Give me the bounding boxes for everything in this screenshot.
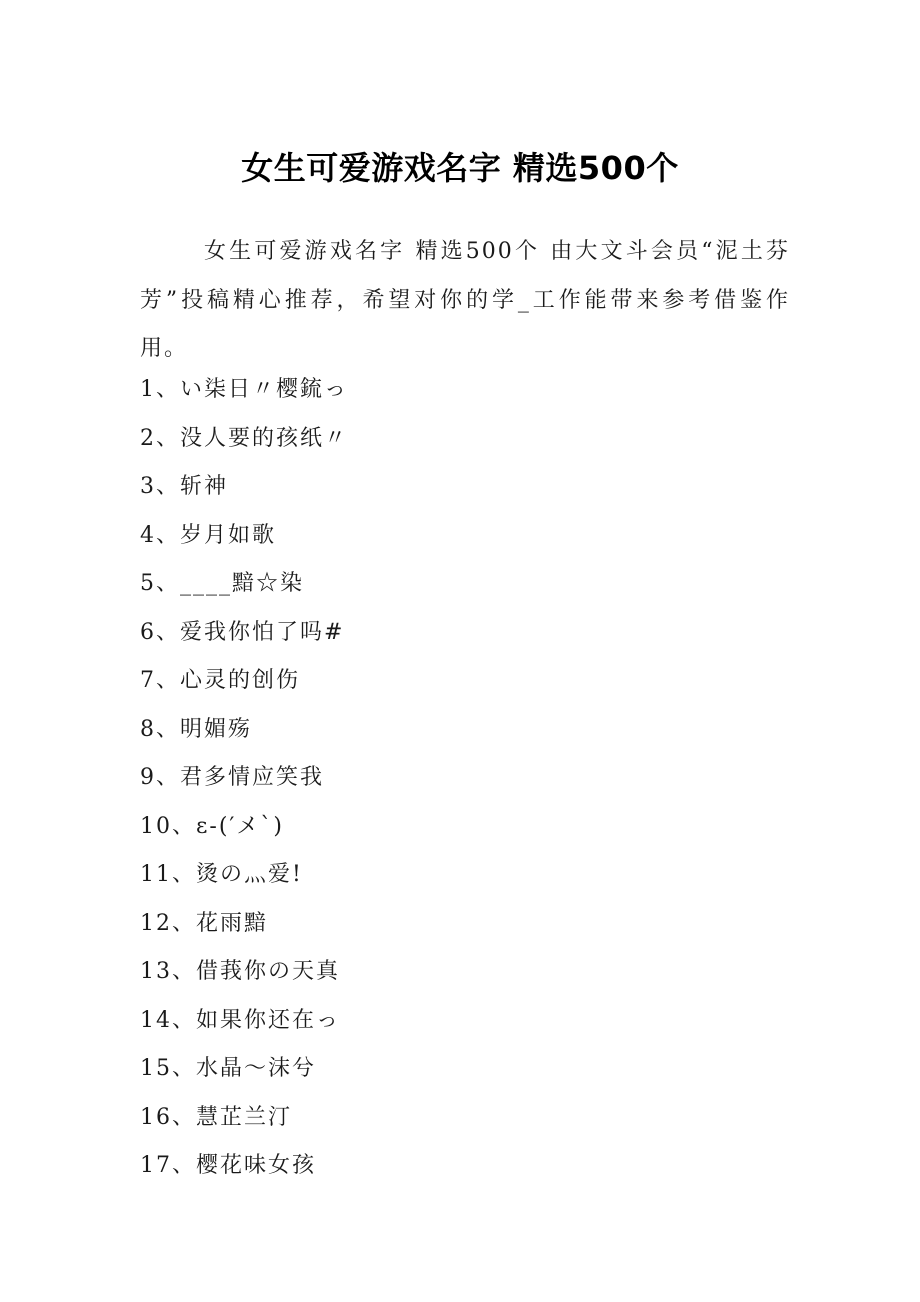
list-item: 3、斩神 [140,467,348,516]
list-item: 8、明媚殇 [140,710,348,759]
list-item: 13、借莪你の天真 [140,952,348,1001]
document-title: 女生可爱游戏名字 精选500个 [0,146,920,190]
list-item: 11、烫の灬爱! [140,855,348,904]
document-page: 女生可爱游戏名字 精选500个 女生可爱游戏名字 精选500个 由大文斗会员“泥… [0,0,920,1302]
list-item: 6、爱我你怕了吗# [140,613,348,662]
list-item: 12、花雨黯 [140,904,348,953]
list-item: 1、い柒日〃樱鋶っ [140,370,348,419]
list-item: 9、君多情应笑我 [140,758,348,807]
list-item: 16、慧芷兰汀 [140,1098,348,1147]
list-item: 10、ε-(′メ`) [140,807,348,856]
list-item: 4、岁月如歌 [140,516,348,565]
name-list: 1、い柒日〃樱鋶っ 2、没人要的孩纸〃 3、斩神 4、岁月如歌 5、____黯☆… [140,370,348,1195]
list-item: 2、没人要的孩纸〃 [140,419,348,468]
intro-paragraph: 女生可爱游戏名字 精选500个 由大文斗会员“泥土芬芳”投稿精心推荐，希望对你的… [140,228,790,374]
list-item: 5、____黯☆染 [140,564,348,613]
list-item: 7、心灵的创伤 [140,661,348,710]
list-item: 17、樱花味女孩 [140,1146,348,1195]
list-item: 14、如果你还在っ [140,1001,348,1050]
list-item: 15、水晶～沫兮 [140,1049,348,1098]
